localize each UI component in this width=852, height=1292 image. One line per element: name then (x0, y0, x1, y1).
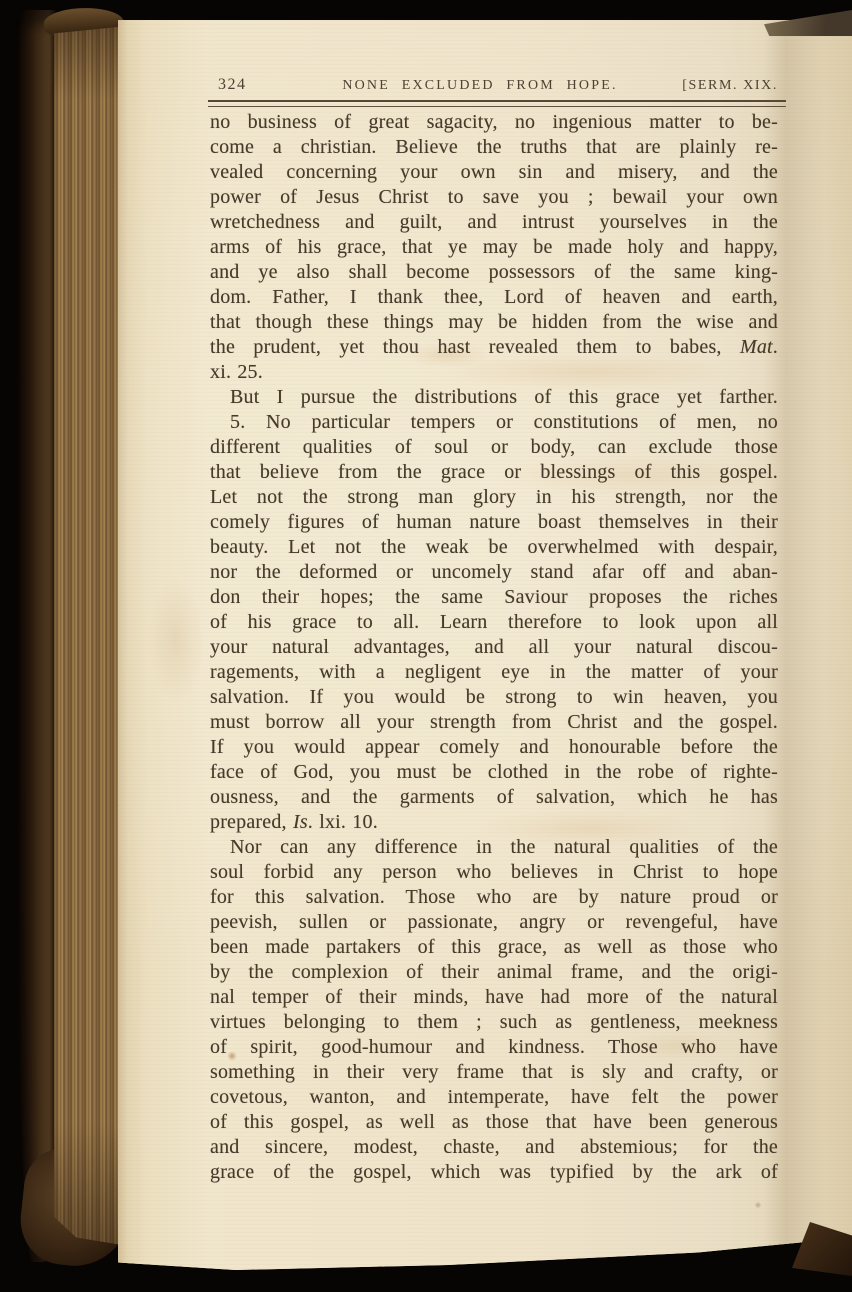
text-line: that though these things may be hidden f… (210, 310, 778, 335)
text-line: ousness, and the garments of salvation, … (210, 785, 778, 810)
text-line: nal temper of their minds, have had more… (210, 985, 778, 1010)
text-line: prepared, Is. lxi. 10. (210, 810, 778, 835)
book-photo: 324 NONE EXCLUDED FROM HOPE. [SERM. XIX.… (0, 0, 852, 1292)
running-header: 324 NONE EXCLUDED FROM HOPE. [SERM. XIX. (210, 76, 778, 98)
section-label: [SERM. XIX. (660, 78, 778, 94)
text-line: something in their very frame that is sl… (210, 1060, 778, 1085)
text-line: beauty. Let not the weak be overwhelmed … (210, 535, 778, 560)
text-line: face of God, you must be clothed in the … (210, 760, 778, 785)
text-line: If you would appear comely and honourabl… (210, 735, 778, 760)
text-line: different qualities of soul or body, can… (210, 435, 778, 460)
text-line: come a christian. Believe the truths tha… (210, 135, 778, 160)
text-line: xi. 25. (210, 360, 778, 385)
text-line: no business of great sagacity, no ingeni… (210, 110, 778, 135)
text-line: by the complexion of their animal frame,… (210, 960, 778, 985)
page-number: 324 (210, 76, 328, 94)
book-page: 324 NONE EXCLUDED FROM HOPE. [SERM. XIX.… (118, 20, 852, 1270)
text-line: soul forbid any person who believes in C… (210, 860, 778, 885)
adjacent-cover-edge (764, 10, 852, 36)
text-line: vealed concerning your own sin and miser… (210, 160, 778, 185)
text-line: comely figures of human nature boast the… (210, 510, 778, 535)
text-line: ragements, with a negligent eye in the m… (210, 660, 778, 685)
text-line: 5. No particular tempers or constitution… (210, 410, 778, 435)
text-line: and ye also shall become possessors of t… (210, 260, 778, 285)
text-line: don their hopes; the same Saviour propos… (210, 585, 778, 610)
text-line: arms of his grace, that ye may be made h… (210, 235, 778, 260)
text-line: grace of the gospel, which was typified … (210, 1160, 778, 1185)
text-line: wretchedness and guilt, and intrust your… (210, 210, 778, 235)
text-line: and sincere, modest, chaste, and abstemi… (210, 1135, 778, 1160)
text-line: your natural advantages, and all your na… (210, 635, 778, 660)
text-line: of this gospel, as well as those that ha… (210, 1110, 778, 1135)
text-line: dom. Father, I thank thee, Lord of heave… (210, 285, 778, 310)
text-line: peevish, sullen or passionate, angry or … (210, 910, 778, 935)
body-text: no business of great sagacity, no ingeni… (210, 110, 778, 1185)
page-edge-stack (54, 26, 128, 1246)
text-line: Let not the strong man glory in his stre… (210, 485, 778, 510)
text-line: Nor can any difference in the natural qu… (210, 835, 778, 860)
running-title: NONE EXCLUDED FROM HOPE. (314, 78, 646, 94)
text-line: virtues belonging to them ; such as gent… (210, 1010, 778, 1035)
text-line: power of Jesus Christ to save you ; bewa… (210, 185, 778, 210)
text-line: the prudent, yet thou hast revealed them… (210, 335, 778, 360)
text-line: that believe from the grace or blessings… (210, 460, 778, 485)
text-line: been made partakers of this grace, as we… (210, 935, 778, 960)
book-cover-spine (16, 10, 58, 1262)
text-line: for this salvation. Those who are by nat… (210, 885, 778, 910)
text-line: of spirit, good-humour and kindness. Tho… (210, 1035, 778, 1060)
text-line: covetous, wanton, and intemperate, have … (210, 1085, 778, 1110)
text-line: salvation. If you would be strong to win… (210, 685, 778, 710)
text-line: But I pursue the distributions of this g… (210, 385, 778, 410)
header-rule (208, 100, 786, 107)
text-line: of his grace to all. Learn therefore to … (210, 610, 778, 635)
text-line: must borrow all your strength from Chris… (210, 710, 778, 735)
text-line: nor the deformed or uncomely stand afar … (210, 560, 778, 585)
